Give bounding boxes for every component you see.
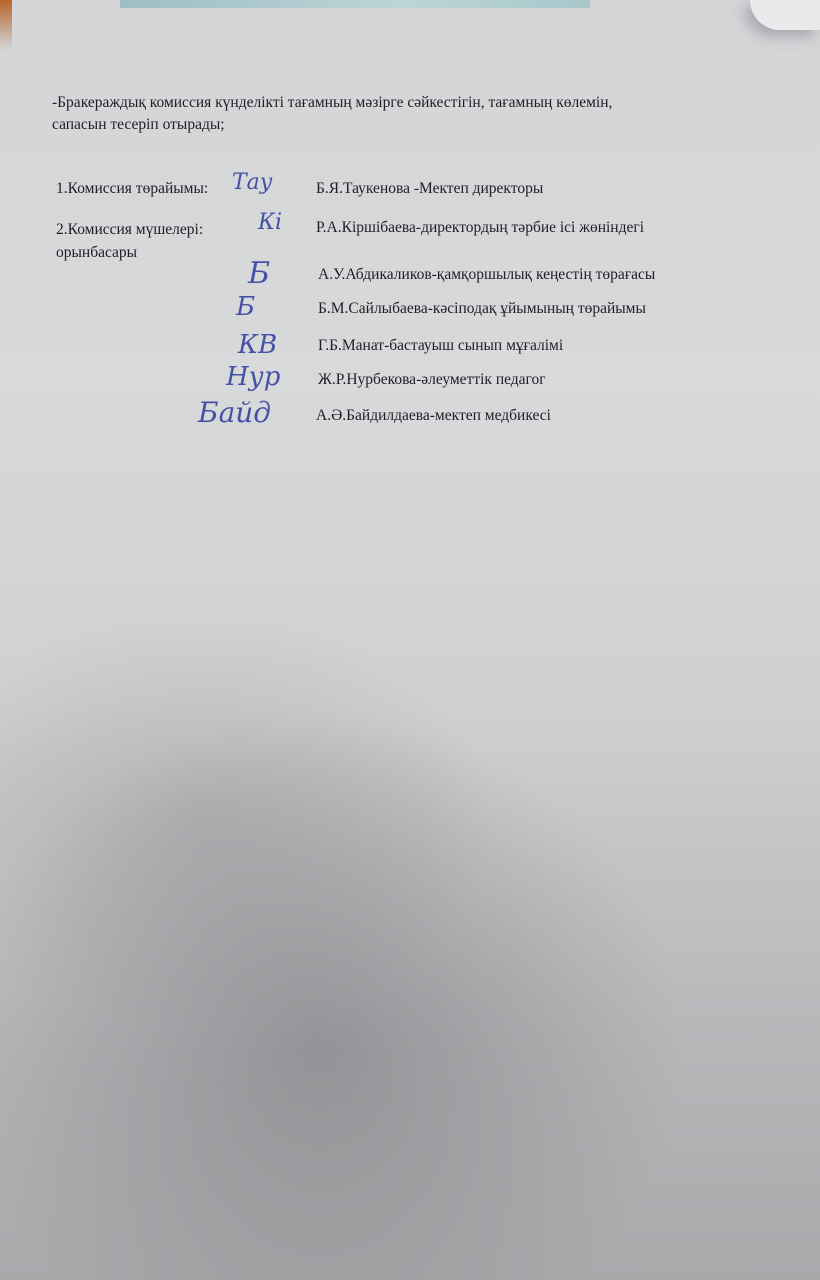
signature-member-3: Б bbox=[236, 292, 255, 322]
signature-member-1: Кі bbox=[258, 210, 282, 235]
member-2: А.У.Абдикаликов-қамқоршылық кеңестің төр… bbox=[318, 266, 655, 284]
members-label: 2.Комиссия мүшелері: bbox=[56, 221, 203, 239]
intro-line-2: сапасын тесеріп отырады; bbox=[52, 116, 225, 134]
member-5: Ж.Р.Нурбекова-әлеуметтік педагог bbox=[318, 371, 546, 389]
chair-label: 1.Комиссия төрайымы: bbox=[56, 180, 208, 198]
member-1: Р.А.Кіршібаева-директордың тәрбие ісі жө… bbox=[316, 219, 644, 237]
signature-chair: Тау bbox=[232, 170, 273, 195]
intro-line-1: -Бракераждық комиссия күнделікті тағамны… bbox=[52, 94, 612, 112]
document-page: -Бракераждық комиссия күнделікті тағамны… bbox=[0, 0, 820, 1280]
member-4: Г.Б.Манат-бастауыш сынып мұғалімі bbox=[318, 337, 563, 355]
member-6: А.Ә.Байдилдаева-мектеп медбикесі bbox=[316, 407, 551, 425]
signature-member-5: Нур bbox=[226, 362, 280, 392]
chair-name: Б.Я.Таукенова -Мектеп директоры bbox=[316, 180, 543, 198]
signature-member-2: Б bbox=[248, 256, 270, 291]
member-3: Б.М.Сайлыбаева-кәсіподақ ұйымының төрайы… bbox=[318, 300, 646, 318]
members-label-cont: орынбасары bbox=[56, 244, 137, 262]
signature-member-6: Байд bbox=[198, 396, 271, 429]
signature-member-4: КВ bbox=[238, 330, 277, 360]
